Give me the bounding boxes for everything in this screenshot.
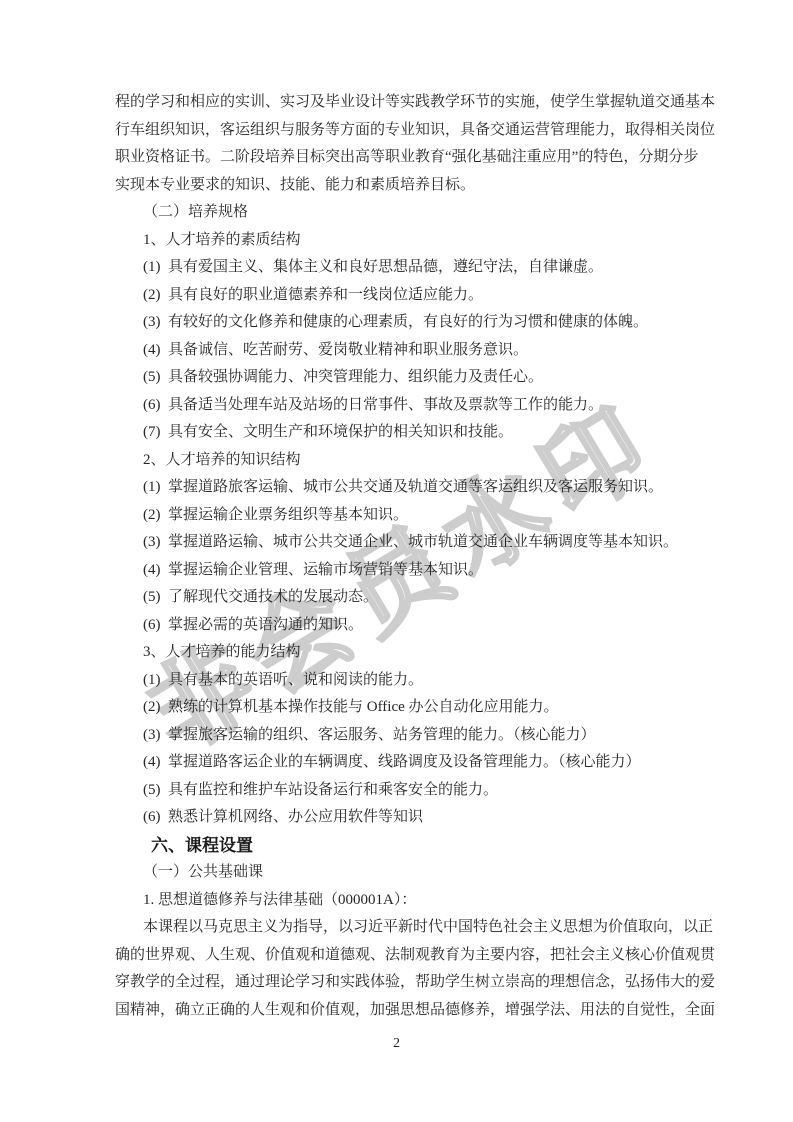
text-line: (3) 有较好的文化修养和健康的心理素质，有良好的行为习惯和健康的体魄。 [115,309,685,337]
document-body: 程的学习和相应的实训、实习及毕业设计等实践教学环节的实施，使学生掌握轨道交通基本… [115,89,685,1024]
text-line: (7) 具有安全、文明生产和环境保护的相关知识和技能。 [115,419,685,447]
text-line: （一）公共基础课 [115,859,685,887]
text-line: 职业资格证书。二阶段培养目标突出高等职业教育“强化基础注重应用”的特色，分期分步 [115,144,685,172]
text-line: (3) 掌握旅客运输的组织、客运服务、站务管理的能力。（核心能力） [115,722,685,750]
text-line: 程的学习和相应的实训、实习及毕业设计等实践教学环节的实施，使学生掌握轨道交通基本 [115,89,685,117]
text-line: (6) 具备适当处理车站及站场的日常事件、事故及票款等工作的能力。 [115,392,685,420]
text-line: 3、人才培养的能力结构 [115,639,685,667]
text-line: (2) 掌握运输企业票务组织等基本知识。 [115,502,685,530]
text-line: (3) 掌握道路运输、城市公共交通企业、城市轨道交通企业车辆调度等基本知识。 [115,529,685,557]
text-line: (2) 熟练的计算机基本操作技能与 Office 办公自动化应用能力。 [115,694,685,722]
text-line: （二）培养规格 [115,199,685,227]
text-line: 六、课程设置 [115,832,685,860]
text-line: (4) 掌握运输企业管理、运输市场营销等基本知识。 [115,557,685,585]
text-line: (5) 具有监控和维护车站设备运行和乘客安全的能力。 [115,777,685,805]
text-line: (6) 熟悉计算机网络、办公应用软件等知识 [115,804,685,832]
text-line: 穿教学的全过程，通过理论学习和实践体验，帮助学生树立崇高的理想信念，弘扬伟大的爱 [115,969,685,997]
text-line: 实现本专业要求的知识、技能、能力和素质培养目标。 [115,172,685,200]
text-line: 国精神，确立正确的人生观和价值观，加强思想品德修养，增强学法、用法的自觉性，全面 [115,997,685,1025]
text-line: 本课程以马克思主义为指导，以习近平新时代中国特色社会主义思想为价值取向，以正 [115,914,685,942]
text-line: (5) 具备较强协调能力、冲突管理能力、组织能力及责任心。 [115,364,685,392]
text-line: 确的世界观、人生观、价值观和道德观、法制观教育为主要内容，把社会主义核心价值观贯 [115,942,685,970]
text-line: (6) 掌握必需的英语沟通的知识。 [115,612,685,640]
text-line: (1) 具有基本的英语听、说和阅读的能力。 [115,667,685,695]
text-line: (4) 掌握道路客运企业的车辆调度、线路调度及设备管理能力。（核心能力） [115,749,685,777]
text-line: (1) 掌握道路旅客运输、城市公共交通及轨道交通等客运组织及客运服务知识。 [115,474,685,502]
text-line: (4) 具备诚信、吃苦耐劳、爱岗敬业精神和职业服务意识。 [115,337,685,365]
text-line: (5) 了解现代交通技术的发展动态。 [115,584,685,612]
text-line: 2、人才培养的知识结构 [115,447,685,475]
text-line: (2) 具有良好的职业道德素养和一线岗位适应能力。 [115,282,685,310]
page-number: 2 [0,1034,793,1054]
document-page: 非会员水印 程的学习和相应的实训、实习及毕业设计等实践教学环节的实施，使学生掌握… [0,0,793,1122]
text-line: 1、人才培养的素质结构 [115,227,685,255]
text-line: 1. 思想道德修养与法律基础（000001A）： [115,887,685,915]
text-line: (1) 具有爱国主义、集体主义和良好思想品德，遵纪守法，自律谦虚。 [115,254,685,282]
text-line: 行车组织知识，客运组织与服务等方面的专业知识，具备交通运营管理能力，取得相关岗位 [115,117,685,145]
